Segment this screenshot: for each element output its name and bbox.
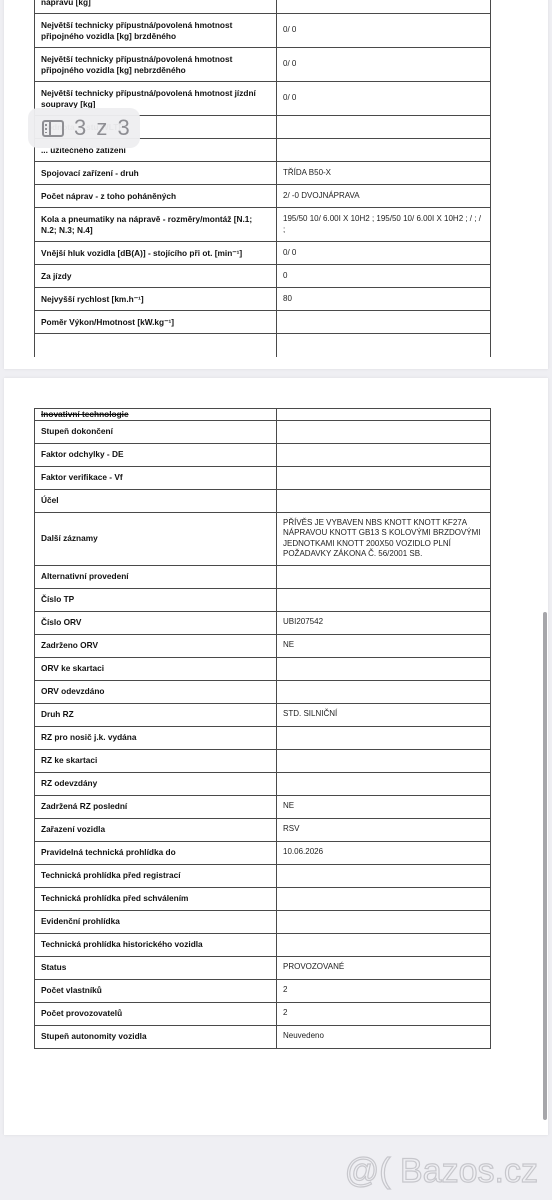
table-row: Stupeň dokončení [35,420,491,443]
field-value [277,933,491,956]
field-value [277,409,491,421]
table-row: ORV ke skartaci [35,657,491,680]
table-row: nápravu [kg] [35,0,491,14]
field-value [277,680,491,703]
field-value: 195/50 10/ 6.00I X 10H2 ; 195/50 10/ 6.0… [277,208,491,242]
field-label: Status [35,956,277,979]
field-label: Další záznamy [35,512,277,565]
field-value: 0/ 0 [277,48,491,82]
field-label: Pravidelná technická prohlídka do [35,841,277,864]
field-label: Vnější hluk vozidla [dB(A)] - stojícího … [35,242,277,265]
field-value [277,489,491,512]
table-row: ORV odevzdáno [35,680,491,703]
table-row: Zařazení vozidlaRSV [35,818,491,841]
vehicle-data-table-page-3: Inovativní technologieStupeň dokončeníFa… [34,408,491,1049]
field-value: 2 [277,1002,491,1025]
field-value [277,726,491,749]
field-value [277,311,491,334]
field-label: Největší technicky přípustná/povolená hm… [35,48,277,82]
table-row: Další záznamyPŘÍVĚS JE VYBAVEN NBS KNOTT… [35,512,491,565]
field-label: Technická prohlídka před schválením [35,887,277,910]
field-value [277,466,491,489]
table-row: Stupeň autonomity vozidlaNeuvedeno [35,1025,491,1048]
field-label: Stupeň autonomity vozidla [35,1025,277,1048]
field-value: 80 [277,288,491,311]
field-value: 0/ 0 [277,14,491,48]
field-label: Poměr Výkon/Hmotnost [kW.kg⁻¹] [35,311,277,334]
field-label: Stupeň dokončení [35,420,277,443]
field-label: Účel [35,489,277,512]
table-row: Zadrženo ORVNE [35,634,491,657]
field-label: Počet provozovatelů [35,1002,277,1025]
table-row: Účel [35,489,491,512]
field-value [277,749,491,772]
field-label [35,334,277,358]
field-label: Největší technicky přípustná/povolená hm… [35,14,277,48]
table-row: Evidenční prohlídka [35,910,491,933]
table-row: RZ ke skartaci [35,749,491,772]
bazos-watermark: @( Bazos.cz [345,1152,538,1191]
field-value [277,565,491,588]
field-value [277,116,491,139]
field-label: Zařazení vozidla [35,818,277,841]
field-value [277,588,491,611]
table-row: Kola a pneumatiky na nápravě - rozměry/m… [35,208,491,242]
table-row: Inovativní technologie [35,409,491,421]
page-counter-label: 3 z 3 [74,115,132,141]
table-row: Zadržená RZ posledníNE [35,795,491,818]
page-counter-badge[interactable]: 3 z 3 [28,108,140,148]
table-row: Technická prohlídka před schválením [35,887,491,910]
table-row: Druh RZSTD. SILNIČNÍ [35,703,491,726]
table-row: Počet vlastníků2 [35,979,491,1002]
table-row: Spojovací zařízení - druhTŘÍDA B50-X [35,162,491,185]
table-row: Největší technicky přípustná/povolená hm… [35,14,491,48]
field-label: Alternativní provedení [35,565,277,588]
table-row: Faktor verifikace - Vf [35,466,491,489]
field-label: Spojovací zařízení - druh [35,162,277,185]
table-row: StatusPROVOZOVANÉ [35,956,491,979]
field-value: TŘÍDA B50-X [277,162,491,185]
table-row: Alternativní provedení [35,565,491,588]
table-row: RZ pro nosič j.k. vydána [35,726,491,749]
field-value [277,334,491,358]
field-label: Zadržená RZ poslední [35,795,277,818]
vehicle-data-table-page-2: nápravu [kg]Největší technicky přípustná… [34,0,491,357]
field-value: NE [277,795,491,818]
table-row: Nejvyšší rychlost [km.h⁻¹]80 [35,288,491,311]
table-row: Technická prohlídka historického vozidla [35,933,491,956]
field-value: 0/ 0 [277,82,491,116]
field-label: Počet vlastníků [35,979,277,1002]
table-row [35,334,491,358]
field-label: RZ pro nosič j.k. vydána [35,726,277,749]
field-value: 2 [277,979,491,1002]
field-label: Faktor odchylky - DE [35,443,277,466]
field-label: Kola a pneumatiky na nápravě - rozměry/m… [35,208,277,242]
field-label: Faktor verifikace - Vf [35,466,277,489]
field-label: Technická prohlídka historického vozidla [35,933,277,956]
field-value [277,887,491,910]
table-row: Pravidelná technická prohlídka do10.06.2… [35,841,491,864]
field-label: Počet náprav - z toho poháněných [35,185,277,208]
table-row: Za jízdy0 [35,265,491,288]
vertical-scrollbar[interactable] [543,612,547,1120]
field-value [277,139,491,162]
field-value: RSV [277,818,491,841]
field-label: Druh RZ [35,703,277,726]
field-label: nápravu [kg] [35,0,277,14]
field-label: RZ ke skartaci [35,749,277,772]
document-page-3: Inovativní technologieStupeň dokončeníFa… [4,378,548,1135]
field-value: PROVOZOVANÉ [277,956,491,979]
table-row: Faktor odchylky - DE [35,443,491,466]
field-label: Číslo ORV [35,611,277,634]
field-value: Neuvedeno [277,1025,491,1048]
field-value [277,772,491,795]
table-row: Číslo TP [35,588,491,611]
field-value: STD. SILNIČNÍ [277,703,491,726]
table-row: Počet náprav - z toho poháněných2/ -0 DV… [35,185,491,208]
field-value [277,657,491,680]
field-label: Za jízdy [35,265,277,288]
field-value [277,864,491,887]
table-row: Číslo ORVUBI207542 [35,611,491,634]
field-value: 10.06.2026 [277,841,491,864]
field-label: Technická prohlídka před registrací [35,864,277,887]
field-value: 0/ 0 [277,242,491,265]
sidebar-icon[interactable] [42,120,64,137]
table-row: Největší technicky přípustná/povolená hm… [35,48,491,82]
field-label: Nejvyšší rychlost [km.h⁻¹] [35,288,277,311]
table-row: RZ odevzdány [35,772,491,795]
table-row: Vnější hluk vozidla [dB(A)] - stojícího … [35,242,491,265]
field-value [277,910,491,933]
field-label: ORV odevzdáno [35,680,277,703]
field-value: NE [277,634,491,657]
field-label: Inovativní technologie [35,409,277,421]
field-label: RZ odevzdány [35,772,277,795]
field-value: UBI207542 [277,611,491,634]
field-value: PŘÍVĚS JE VYBAVEN NBS KNOTT KNOTT KF27A … [277,512,491,565]
table-row: Počet provozovatelů2 [35,1002,491,1025]
field-value [277,443,491,466]
document-page-2: nápravu [kg]Největší technicky přípustná… [4,0,548,369]
field-label: ORV ke skartaci [35,657,277,680]
field-value: 2/ -0 DVOJNÁPRAVA [277,185,491,208]
table-row: Technická prohlídka před registrací [35,864,491,887]
field-value [277,0,491,14]
table-row: Poměr Výkon/Hmotnost [kW.kg⁻¹] [35,311,491,334]
field-label: Evidenční prohlídka [35,910,277,933]
field-label: Číslo TP [35,588,277,611]
field-value: 0 [277,265,491,288]
field-value [277,420,491,443]
field-label: Zadrženo ORV [35,634,277,657]
